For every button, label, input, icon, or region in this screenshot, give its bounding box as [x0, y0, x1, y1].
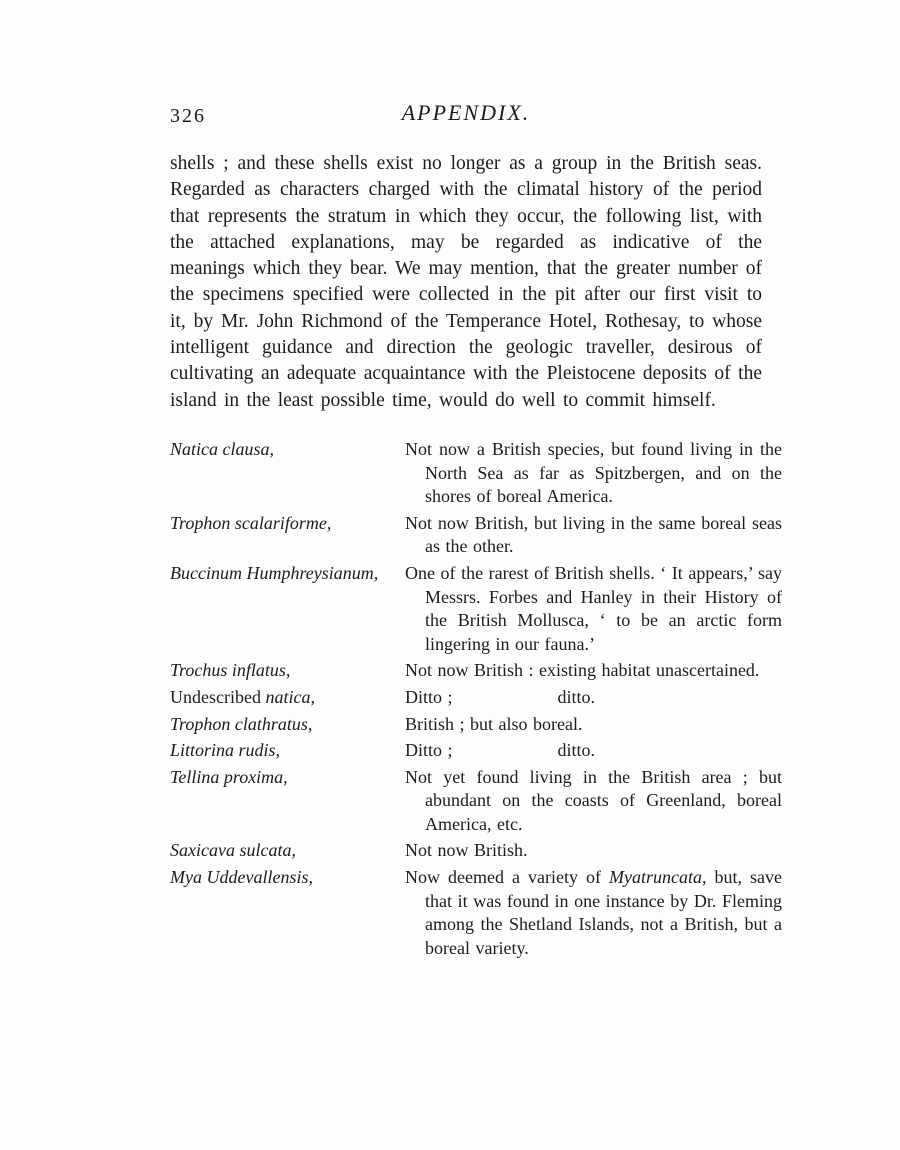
species-name: Natica clausa,	[170, 438, 405, 509]
list-row: Trochus inflatus, Not now British : exis…	[170, 659, 762, 683]
species-name: Trophon scalariforme,	[170, 512, 405, 559]
list-row: Trophon scalariforme, Not now British, b…	[170, 512, 762, 559]
page-content: 326 APPENDIX. shells ; and these shells …	[170, 96, 762, 963]
list-row: Trophon clathratus, British ; but also b…	[170, 713, 762, 737]
species-description: Ditto ;ditto.	[405, 686, 782, 710]
species-name: Saxicava sulcata,	[170, 839, 405, 863]
book-page: 326 APPENDIX. shells ; and these shells …	[0, 0, 900, 1150]
page-title: APPENDIX.	[170, 96, 762, 126]
species-name: Trochus inflatus,	[170, 659, 405, 683]
body-paragraph: shells ; and these shells exist no longe…	[170, 151, 762, 414]
running-head: 326 APPENDIX.	[170, 96, 762, 130]
species-description: Not yet found living in the British area…	[405, 766, 782, 837]
page-number: 326	[170, 105, 206, 128]
list-row: Saxicava sulcata, Not now British.	[170, 839, 762, 863]
list-row: Mya Uddevallensis, Now deemed a variety …	[170, 866, 762, 960]
list-row: Littorina rudis, Ditto ;ditto.	[170, 739, 762, 763]
species-name: Trophon clathratus,	[170, 713, 405, 737]
species-description: Not now British.	[405, 839, 782, 863]
species-name: Buccinum Humphreysianum,	[170, 562, 405, 656]
species-name: Littorina rudis,	[170, 739, 405, 763]
species-description: Ditto ;ditto.	[405, 739, 782, 763]
list-row: Buccinum Humphreysianum, One of the rare…	[170, 562, 762, 656]
species-name: Undescribed natica,	[170, 686, 405, 710]
species-description: One of the rarest of British shells. ‘ I…	[405, 562, 782, 656]
species-description: Not now British : existing habitat unasc…	[405, 659, 782, 683]
species-description: Not now a British species, but found liv…	[405, 438, 782, 509]
species-name: Mya Uddevallensis,	[170, 866, 405, 960]
list-row: Tellina proxima, Not yet found living in…	[170, 766, 762, 837]
list-row: Undescribed natica, Ditto ;ditto.	[170, 686, 762, 710]
species-list: Natica clausa, Not now a British species…	[170, 438, 762, 960]
list-row: Natica clausa, Not now a British species…	[170, 438, 762, 509]
species-description: Not now British, but living in the same …	[405, 512, 782, 559]
species-description: Now deemed a variety of Myatruncata, but…	[405, 866, 782, 960]
species-description: British ; but also boreal.	[405, 713, 782, 737]
species-name: Tellina proxima,	[170, 766, 405, 837]
